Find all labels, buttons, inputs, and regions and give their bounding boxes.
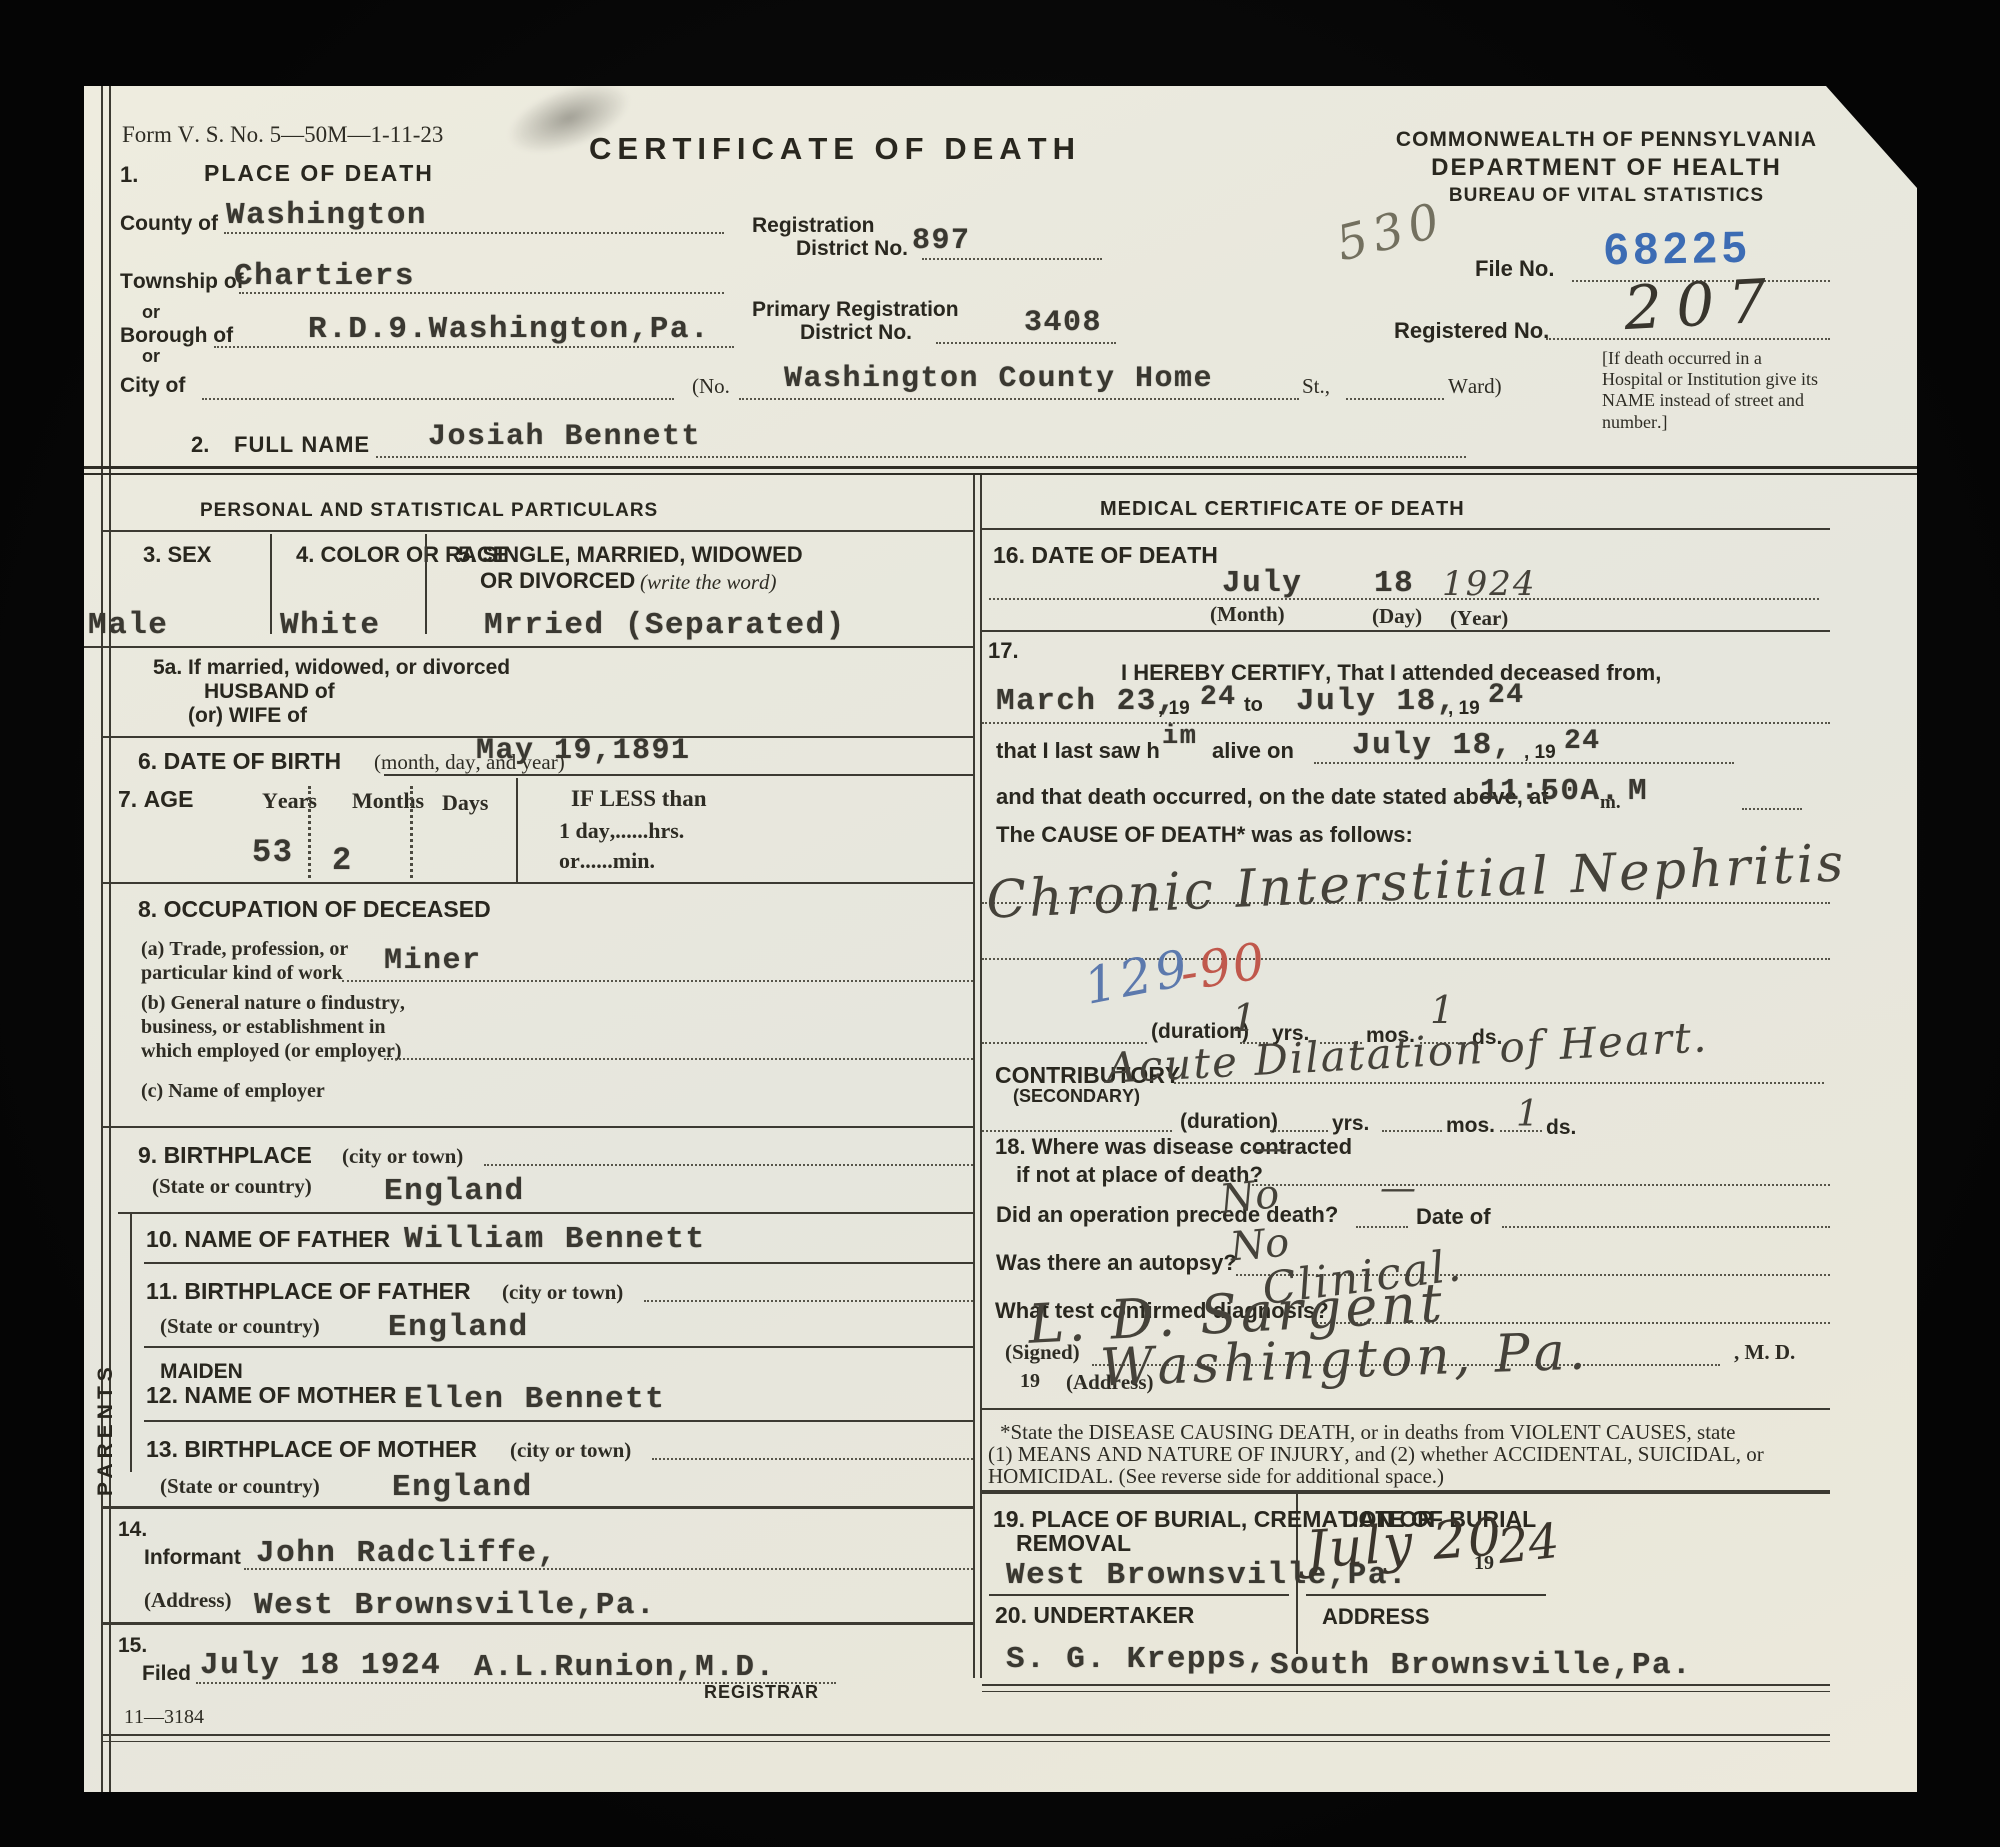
scanned-death-certificate: Form V. S. No. 5—50M—1-11-23 1. PLACE OF…	[0, 0, 2000, 1847]
rule	[118, 1212, 973, 1214]
informant-value: John Radcliffe,	[256, 1536, 558, 1571]
registered-no-value: 207	[1622, 266, 1782, 344]
duration2-yrs-label: yrs.	[1332, 1112, 1369, 1136]
mother-birthplace-value: England	[392, 1470, 533, 1505]
heavy-rule	[101, 1622, 973, 1625]
md-label: , M. D.	[1734, 1340, 1795, 1365]
dotted-line	[652, 1458, 973, 1460]
preprinted-19: , 19	[1158, 698, 1190, 720]
last-saw-date: July 18,	[1352, 728, 1513, 763]
birthplace-parenthetical: (city or town)	[342, 1144, 463, 1169]
undertaker-label: 20. UNDERTAKER	[995, 1602, 1194, 1629]
department-line: DEPARTMENT OF HEALTH	[1374, 154, 1839, 182]
city-label: City of	[120, 374, 185, 398]
rule	[982, 528, 1830, 530]
informant-address-label: (Address)	[144, 1588, 232, 1613]
occupation-b-line2: business, or establishment in	[141, 1016, 386, 1039]
dotted-line	[922, 258, 1102, 260]
column-divider	[980, 475, 982, 1678]
rule	[989, 1594, 1289, 1596]
dotted-line	[982, 722, 1830, 724]
burial-date-year-handwritten: 24	[1495, 1513, 1562, 1575]
rule	[84, 646, 973, 648]
occupation-a-line1: (a) Trade, profession, or	[141, 938, 348, 961]
marital-value: Mrried (Separated)	[484, 608, 846, 643]
footnote-line3: HOMICIDAL. (See reverse side for additio…	[988, 1464, 1444, 1489]
bureau-line: BUREAU OF VITAL STATISTICS	[1374, 185, 1839, 207]
race-value: White	[280, 608, 381, 643]
birthplace-value: England	[384, 1174, 525, 1209]
rule	[144, 1262, 973, 1264]
informant-label: Informant	[144, 1546, 241, 1570]
occupation-a-value: Miner	[384, 944, 482, 978]
to-label: to	[1244, 694, 1263, 717]
registration-district-label: District No.	[796, 237, 908, 261]
township-label: Township of	[120, 270, 244, 294]
heavy-rule	[982, 1490, 1830, 1494]
dotted-line	[1500, 1130, 1542, 1132]
dotted-line	[342, 980, 973, 982]
county-value: Washington	[226, 198, 427, 233]
form-number: Form V. S. No. 5—50M—1-11-23	[122, 122, 443, 148]
cell-divider	[425, 534, 427, 634]
age-years-value: 53	[252, 834, 293, 871]
bottom-rule	[101, 1734, 1830, 1742]
death-year-value: 1924	[1442, 564, 1537, 604]
item1-number: 1.	[120, 162, 138, 188]
date-of-label: Date of	[1416, 1204, 1491, 1230]
township-value: Chartiers	[234, 259, 415, 294]
pencil-number: 530	[1331, 192, 1451, 273]
mother-birthplace-label: 13. BIRTHPLACE OF MOTHER	[146, 1436, 477, 1463]
borough-value: R.D.9.Washington,Pa.	[308, 312, 710, 347]
sex-label: 3. SEX	[143, 542, 211, 568]
primary-district-value: 3408	[1024, 306, 1102, 340]
margin-rule	[101, 86, 103, 1792]
death-occurred-label: and that death occurred, on the date sta…	[996, 784, 1549, 810]
birthplace-label: 9. BIRTHPLACE	[138, 1142, 312, 1169]
registrar-name-value: A.L.Runion,M.D.	[474, 1650, 776, 1685]
file-no-value: 68225	[1604, 223, 1752, 276]
file-no-label: File No.	[1475, 256, 1554, 282]
last-saw-label2: alive on	[1212, 738, 1294, 764]
attended-from-value: March 23,	[996, 684, 1177, 719]
dotted-line	[1356, 1226, 1408, 1228]
burial-place-label-line2: REMOVAL	[1016, 1530, 1131, 1557]
marital-label-parenthetical: (write the word)	[640, 570, 777, 595]
rule	[101, 530, 973, 532]
disease-contracted-answer: —	[1252, 1128, 1288, 1169]
certificate-paper: Form V. S. No. 5—50M—1-11-23 1. PLACE OF…	[84, 86, 1917, 1792]
last-saw-him: im	[1162, 722, 1197, 752]
maiden-label: MAIDEN	[160, 1360, 243, 1384]
ifless-line3: or......min.	[559, 848, 655, 874]
primary-registration-label: Primary Registration	[752, 298, 959, 322]
sex-value: Male	[88, 608, 168, 643]
mother-birthplace-state-label: (State or country)	[160, 1474, 320, 1499]
death-day-label: (Day)	[1372, 604, 1422, 629]
father-birthplace-parenthetical: (city or town)	[502, 1280, 623, 1305]
fullname-label: FULL NAME	[234, 432, 370, 458]
duration2-ds-label: ds.	[1546, 1116, 1576, 1140]
filed-label: Filed	[142, 1662, 191, 1686]
months-label: Months	[352, 788, 424, 814]
agency-block: COMMONWEALTH OF PENNSYLVANIA DEPARTMENT …	[1374, 128, 1839, 207]
cell-divider	[270, 534, 272, 634]
operation-answer: No	[1218, 1171, 1282, 1223]
attended-to-value: July 18,	[1296, 684, 1457, 719]
dotted-line	[644, 1300, 973, 1302]
rule	[101, 1126, 973, 1128]
item17-number: 17.	[988, 638, 1019, 664]
borough-label: Borough of	[120, 324, 233, 348]
date-of-death-label: 16. DATE OF DEATH	[993, 542, 1218, 569]
rule	[1306, 1594, 1546, 1596]
item14-number: 14.	[118, 1518, 147, 1542]
rule	[101, 882, 973, 884]
birthplace-state-label: (State or country)	[152, 1174, 312, 1199]
dotted-line	[1382, 1130, 1442, 1132]
father-birthplace-state-label: (State or country)	[160, 1314, 320, 1339]
institution-note: [If death occurred in a Hospital or Inst…	[1602, 348, 1820, 433]
filed-value: July 18 1924	[200, 1648, 441, 1683]
rule	[384, 774, 973, 776]
autopsy-label: Was there an autopsy?	[996, 1250, 1237, 1276]
last-saw-year: 24	[1564, 726, 1601, 757]
section-divider	[84, 466, 1917, 475]
county-label: County of	[120, 212, 218, 236]
dotted-line	[739, 398, 1299, 400]
date-of-answer: —	[1380, 1168, 1416, 1209]
dob-value: May 19,1891	[476, 734, 691, 768]
column-divider	[973, 475, 975, 1678]
primary-district-label: District No.	[800, 321, 912, 345]
or-label: or	[142, 346, 160, 367]
death-time-meridiem: M	[1628, 774, 1648, 809]
disease-contracted-line1: 18. Where was disease contracted	[995, 1134, 1352, 1160]
dotted-line	[376, 456, 1466, 458]
street-no-paren: (No.	[692, 374, 730, 399]
rule	[982, 630, 1830, 632]
cell-divider	[516, 778, 518, 882]
dob-label: 6. DATE OF BIRTH	[138, 748, 341, 775]
preprinted-19: , 19	[1448, 698, 1480, 720]
item15-number: 15.	[118, 1634, 147, 1658]
duration2-mos-label: mos.	[1446, 1114, 1495, 1138]
mother-value: Ellen Bennett	[404, 1382, 665, 1417]
marital-label-line1: 5. SINGLE, MARRIED, WIDOWED	[458, 542, 803, 568]
dotted-line	[202, 398, 674, 400]
preprinted-m: m.	[1600, 792, 1621, 814]
undertaker-address-value: South Brownsville,Pa.	[1270, 1648, 1692, 1683]
blood-pressure-red: -90	[1176, 932, 1271, 1003]
cell-divider-dotted	[308, 786, 311, 878]
mother-label: 12. NAME OF MOTHER	[146, 1382, 396, 1409]
item5a-line1: 5a. If married, widowed, or divorced	[153, 656, 510, 680]
cell-divider-dotted	[410, 786, 413, 878]
age-months-value: 2	[332, 842, 353, 879]
occupation-label: 8. OCCUPATION OF DECEASED	[138, 896, 491, 923]
last-saw-label1: that I last saw h	[996, 738, 1160, 764]
item5a-line3: (or) WIFE of	[188, 704, 307, 728]
parents-side-label: PARENTS	[94, 1236, 118, 1496]
dotted-line	[384, 1058, 973, 1060]
attended-from-year: 24	[1200, 682, 1237, 713]
mother-birthplace-parenthetical: (city or town)	[510, 1438, 631, 1463]
duration2-days-value: 1	[1516, 1094, 1539, 1135]
burial-date-preprinted-19: 19	[1474, 1552, 1494, 1575]
father-label: 10. NAME OF FATHER	[146, 1226, 390, 1253]
bottom-rule	[982, 1684, 1830, 1692]
st-label: St.,	[1302, 374, 1330, 399]
personal-section-title: PERSONAL AND STATISTICAL PARTICULARS	[200, 500, 658, 522]
certificate-title: CERTIFICATE OF DEATH	[589, 131, 1081, 167]
undertaker-address-label: ADDRESS	[1322, 1604, 1430, 1630]
medical-section-title: MEDICAL CERTIFICATE OF DEATH	[1100, 498, 1465, 521]
dotted-line	[1742, 808, 1802, 810]
dotted-line	[1252, 1184, 1830, 1186]
rule	[144, 1346, 973, 1348]
father-birthplace-label: 11. BIRTHPLACE OF FATHER	[146, 1278, 471, 1305]
parents-divider	[130, 1212, 132, 1472]
fullname-number: 2.	[191, 432, 209, 458]
margin-rule	[109, 86, 111, 1792]
father-birthplace-value: England	[388, 1310, 529, 1345]
ward-label: Ward)	[1448, 374, 1502, 399]
rule	[144, 1420, 973, 1422]
occupation-c-label: (c) Name of employer	[141, 1080, 325, 1103]
dotted-line	[982, 1130, 1172, 1132]
item5a-line2: HUSBAND of	[204, 680, 335, 704]
preprinted-19: , 19	[1524, 742, 1556, 764]
father-value: William Bennett	[404, 1222, 706, 1257]
death-day-value: 18	[1374, 566, 1414, 601]
fullname-value: Josiah Bennett	[428, 420, 701, 454]
occupation-a-line2: particular kind of work	[141, 962, 343, 985]
registered-no-label: Registered No.	[1394, 318, 1549, 344]
street-value: Washington County Home	[784, 362, 1213, 396]
dotted-line	[1346, 398, 1444, 400]
marital-label-line2: OR DIVORCED	[480, 568, 635, 594]
dotted-line	[936, 342, 1116, 344]
days-label: Days	[442, 790, 488, 816]
or-label: or	[142, 302, 160, 323]
heavy-rule	[101, 1506, 973, 1509]
undertaker-value: S. G. Krepps,	[1006, 1642, 1267, 1677]
dotted-line	[1502, 1226, 1830, 1228]
ifless-line1: IF LESS than	[571, 786, 707, 812]
plate-number: 11—3184	[124, 1706, 204, 1729]
dotted-line	[484, 1164, 973, 1166]
ifless-line2: 1 day,......hrs.	[559, 818, 684, 844]
age-label: 7. AGE	[118, 786, 193, 813]
rule	[982, 1408, 1830, 1410]
death-month-value: July	[1222, 566, 1302, 601]
duration1-years-value: 1	[1232, 996, 1256, 1040]
death-year-label: (Year)	[1450, 606, 1508, 631]
informant-address-value: West Brownsville,Pa.	[254, 1588, 656, 1623]
preprinted-19-address: 19	[1020, 1370, 1040, 1393]
registration-district-value: 897	[912, 224, 971, 258]
place-of-death-label: PLACE OF DEATH	[204, 160, 434, 187]
registration-label: Registration	[752, 214, 875, 238]
cause-of-death-label: The CAUSE OF DEATH* was as follows:	[996, 822, 1413, 848]
attended-to-year: 24	[1488, 680, 1525, 711]
death-month-label: (Month)	[1210, 602, 1285, 627]
occupation-b-line1: (b) General nature o findustry,	[141, 992, 405, 1015]
occupation-b-line3: which employed (or employer)	[141, 1040, 402, 1063]
commonwealth-line: COMMONWEALTH OF PENNSYLVANIA	[1374, 128, 1839, 152]
registrar-label: REGISTRAR	[704, 1682, 819, 1703]
